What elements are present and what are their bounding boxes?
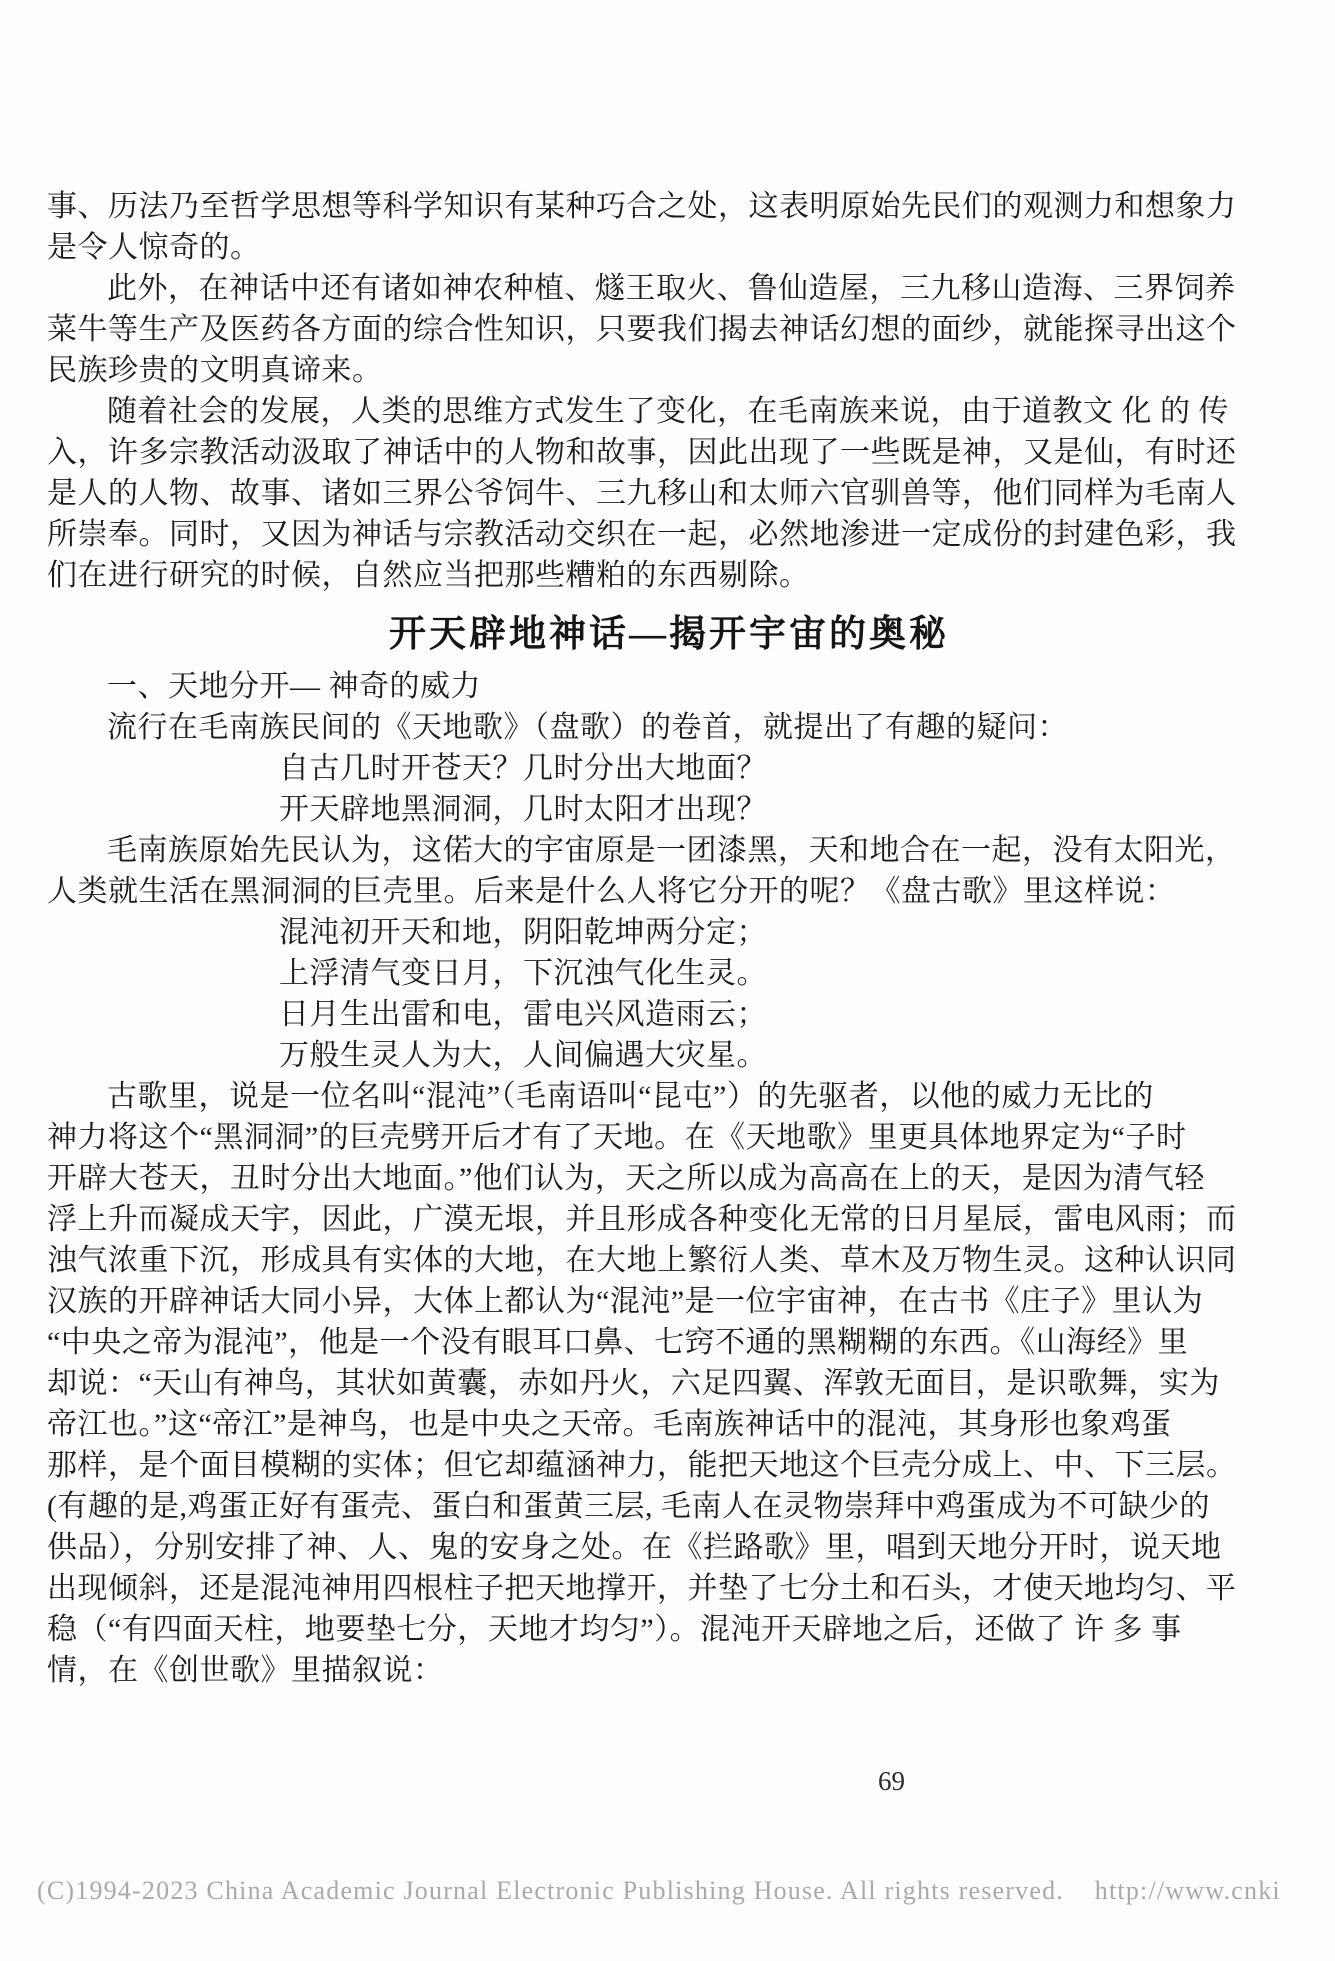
copyright-footer: (C)1994-2023 China Academic Journal Elec… [37, 1876, 1335, 1906]
text-line: 浊气浓重下沉，形成具有实体的大地，在大地上繁衍人类、草木及万物生灵。这种认识同 [47, 1240, 1291, 1281]
text-line: 此外，在神话中还有诸如神农种植、燧王取火、鲁仙造屋，三九移山造海、三界饲养 [47, 268, 1291, 309]
text-line: 民族珍贵的文明真谛来。 [47, 350, 1291, 391]
text-line: 万般生灵人为大，人间偏遇大灾星。 [47, 1035, 1291, 1076]
text-line: 古歌里，说是一位名叫“混沌”（毛南语叫“昆屯”）的先驱者，以他的威力无比的 [47, 1076, 1291, 1117]
paragraph: 此外，在神话中还有诸如神农种植、燧王取火、鲁仙造屋，三九移山造海、三界饲养菜牛等… [47, 268, 1291, 391]
text-line: 混沌初开天和地，阴阳乾坤两分定； [47, 912, 1291, 953]
text-line: 人类就生活在黑洞洞的巨壳里。后来是什么人将它分开的呢？《盘古歌》里这样说： [47, 871, 1291, 912]
verse-block: 自古几时开苍天？几时分出大地面？开天辟地黑洞洞，几时太阳才出现？ [47, 748, 1291, 830]
text-line: 菜牛等生产及医药各方面的综合性知识，只要我们揭去神话幻想的面纱，就能探寻出这个 [47, 309, 1291, 350]
text-line: 却说：“天山有神鸟，其状如黄囊，赤如丹火，六足四翼、浑敦无面目，是识歌舞，实为 [47, 1363, 1291, 1404]
text-line: 们在进行研究的时候，自然应当把那些糟粕的东西剔除。 [47, 555, 1291, 596]
text-line: “中央之帝为混沌”，他是一个没有眼耳口鼻、七窍不通的黑糊糊的东西。《山海经》里 [47, 1322, 1291, 1363]
paragraph: 事、历法乃至哲学思想等科学知识有某种巧合之处，这表明原始先民们的观测力和想象力是… [47, 186, 1291, 268]
text-line: 帝江也。”这“帝江”是神鸟，也是中央之天帝。毛南族神话中的混沌，其身形也象鸡蛋 [47, 1404, 1291, 1445]
paragraph: 随着社会的发展，人类的思维方式发生了变化，在毛南族来说，由于道教文 化 的 传入… [47, 391, 1291, 596]
verse-block: 混沌初开天和地，阴阳乾坤两分定；上浮清气变日月，下沉浊气化生灵。日月生出雷和电，… [47, 912, 1291, 1076]
text-line: 毛南族原始先民认为，这偌大的宇宙原是一团漆黑，天和地合在一起，没有太阳光， [47, 830, 1291, 871]
paragraph: 流行在毛南族民间的《天地歌》（盘歌）的卷首，就提出了有趣的疑问： [47, 707, 1291, 748]
text-line: (有趣的是,鸡蛋正好有蛋壳、蛋白和蛋黄三层, 毛南人在灵物崇拜中鸡蛋成为不可缺少… [47, 1486, 1291, 1527]
text-line: 日月生出雷和电，雷电兴风造雨云； [47, 994, 1291, 1035]
text-line: 汉族的开辟神话大同小异，大体上都认为“混沌”是一位宇宙神，在古书《庄子》里认为 [47, 1281, 1291, 1322]
text-line: 随着社会的发展，人类的思维方式发生了变化，在毛南族来说，由于道教文 化 的 传 [47, 391, 1291, 432]
text-line: 入，许多宗教活动汲取了神话中的人物和故事，因此出现了一些既是神，又是仙，有时还 [47, 432, 1291, 473]
text-line: 浮上升而凝成天宇，因此，广漠无垠，并且形成各种变化无常的日月星辰，雷电风雨；而 [47, 1199, 1291, 1240]
paragraph: 古歌里，说是一位名叫“混沌”（毛南语叫“昆屯”）的先驱者，以他的威力无比的神力将… [47, 1076, 1291, 1691]
text-line: 神力将这个“黑洞洞”的巨壳劈开后才有了天地。在《天地歌》里更具体地界定为“子时 [47, 1117, 1291, 1158]
text-line: 供品），分别安排了神、人、鬼的安身之处。在《拦路歌》里，唱到天地分开时，说天地 [47, 1527, 1291, 1568]
text-line: 是令人惊奇的。 [47, 227, 1291, 268]
text-line: 上浮清气变日月，下沉浊气化生灵。 [47, 953, 1291, 994]
paragraph: 毛南族原始先民认为，这偌大的宇宙原是一团漆黑，天和地合在一起，没有太阳光，人类就… [47, 830, 1291, 912]
text-line: 开天辟地黑洞洞，几时太阳才出现？ [47, 789, 1291, 830]
text-line: 那样，是个面目模糊的实体；但它却蕴涵神力，能把天地这个巨壳分成上、中、下三层。 [47, 1445, 1291, 1486]
page-number: 69 [878, 1766, 905, 1797]
text-line: 出现倾斜，还是混沌神用四根柱子把天地撑开，并垫了七分土和石头，才使天地均匀、平 [47, 1568, 1291, 1609]
text-line: 是人的人物、故事、诸如三界公爷饲牛、三九移山和太师六官驯兽等，他们同样为毛南人 [47, 473, 1291, 514]
text-line: 所崇奉。同时，又因为神话与宗教活动交织在一起，必然地渗进一定成份的封建色彩，我 [47, 514, 1291, 555]
text-line: 流行在毛南族民间的《天地歌》（盘歌）的卷首，就提出了有趣的疑问： [47, 707, 1291, 748]
text-line: 情，在《创世歌》里描叙说： [47, 1650, 1291, 1691]
section-heading: 开天辟地神话—揭开宇宙的奥秘 [47, 612, 1291, 658]
page-body: 事、历法乃至哲学思想等科学知识有某种巧合之处，这表明原始先民们的观测力和想象力是… [47, 186, 1291, 1691]
text-line: 事、历法乃至哲学思想等科学知识有某种巧合之处，这表明原始先民们的观测力和想象力 [47, 186, 1291, 227]
subsection-heading: 一、天地分开— 神奇的威力 [47, 666, 1291, 707]
scanned-document-page: 事、历法乃至哲学思想等科学知识有某种巧合之处，这表明原始先民们的观测力和想象力是… [0, 0, 1335, 1961]
text-line: 稳（“有四面天柱，地要垫七分，天地才均匀”）。混沌开天辟地之后，还做了 许 多 … [47, 1609, 1291, 1650]
text-line: 开辟大苍天，丑时分出大地面。”他们认为，天之所以成为高高在上的天，是因为清气轻 [47, 1158, 1291, 1199]
text-line: 自古几时开苍天？几时分出大地面？ [47, 748, 1291, 789]
